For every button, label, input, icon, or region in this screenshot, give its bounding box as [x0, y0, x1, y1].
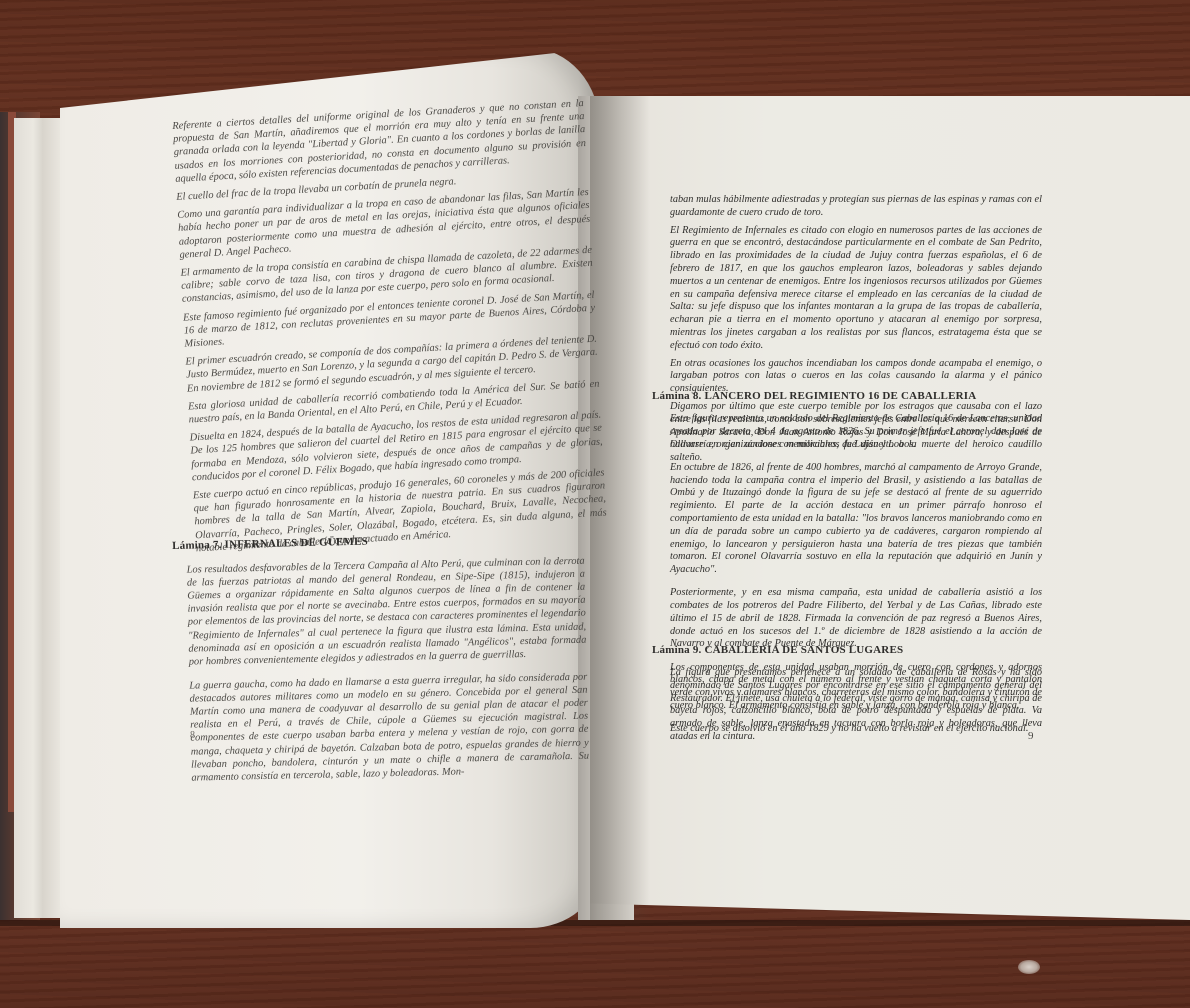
lamina-label: Lámina 8. — [652, 390, 701, 402]
paragraph: taban mulas hábilmente adiestradas y pro… — [670, 194, 1042, 220]
page-number-right: 9 — [1028, 730, 1034, 742]
lamina-title: LANCERO DEL REGIMIENTO 16 DE CABALLERIA — [704, 390, 976, 402]
page-stack-left — [14, 118, 63, 918]
section-lamina-9: Lámina 9. CABALLERIA DE SANTOS LUGARES L… — [652, 644, 1042, 754]
paragraph: Los resultados desfavorables de la Terce… — [187, 554, 587, 669]
lamina-label: Lámina 9. — [652, 644, 701, 656]
paragraph: En octubre de 1826, al frente de 400 hom… — [670, 462, 1042, 577]
paragraph: La guerra gaucha, como ha dado en llamar… — [189, 670, 589, 785]
table-stain — [1018, 960, 1040, 974]
paragraph: Esta figura representa un soldado del Re… — [670, 413, 1042, 451]
lamina-title: CABALLERIA DE SANTOS LUGARES — [704, 644, 903, 656]
section-heading: Lámina 8. LANCERO DEL REGIMIENTO 16 DE C… — [652, 390, 1042, 403]
paragraph: El Regimiento de Infernales es citado co… — [670, 225, 1042, 353]
left-page-intro-text: Referente a ciertos detalles del uniform… — [172, 97, 608, 560]
paragraph: La figura que presentamos pertenece a un… — [670, 667, 1042, 744]
page-number-left: 8 — [190, 730, 195, 741]
lamina-title: INFERNALES DE GÜEMES — [224, 536, 368, 551]
paragraph: Posteriormente, y en esa misma campaña, … — [670, 587, 1042, 651]
lamina-label: Lámina 7. — [172, 539, 222, 552]
section-lamina-7: Lámina 7. INFERNALES DE GÜEMES Los resul… — [172, 531, 590, 796]
section-heading: Lámina 9. CABALLERIA DE SANTOS LUGARES — [652, 644, 1042, 657]
